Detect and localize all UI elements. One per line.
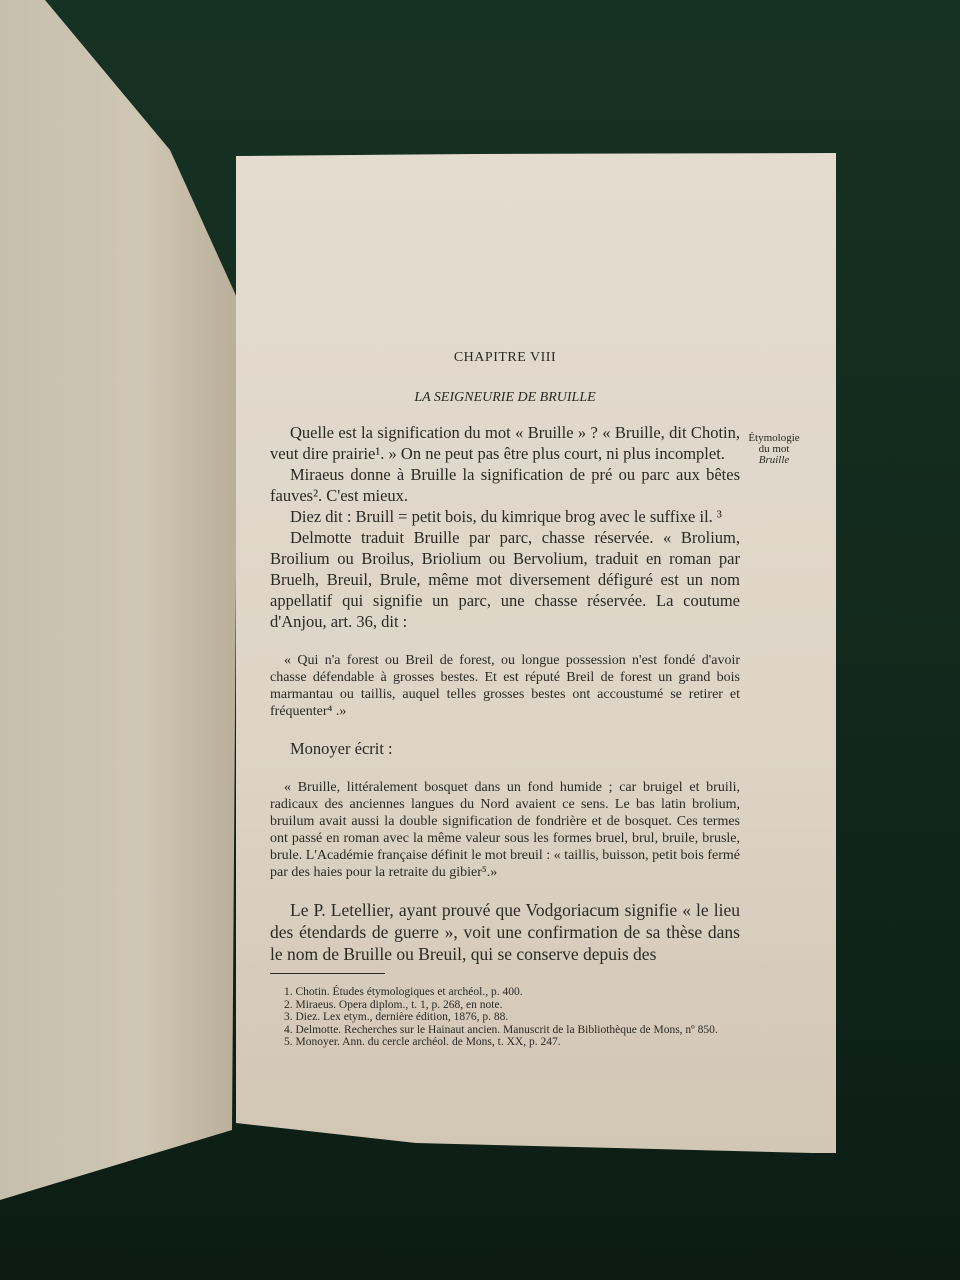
chapter-title: LA SEIGNEURIE DE BRUILLE	[270, 390, 740, 406]
footnote-4: 4. Delmotte. Recherches sur le Hainaut a…	[270, 1024, 740, 1037]
paragraph-5: Monoyer écrit :	[270, 738, 740, 759]
paragraph-4: Delmotte traduit Bruille par parc, chass…	[270, 527, 740, 632]
paragraph-2: Miraeus donne à Bruille la signification…	[270, 464, 740, 506]
margin-note-line: Bruille	[736, 455, 812, 466]
footnote-3: 3. Diez. Lex etym., dernière édition, 18…	[270, 1011, 740, 1024]
quote-anjou: « Qui n'a forest ou Breil de forest, ou …	[270, 652, 740, 720]
page-text: CHAPITRE VIII LA SEIGNEURIE DE BRUILLE Q…	[270, 350, 740, 1049]
footnote-2: 2. Miraeus. Opera diplom., t. 1, p. 268,…	[270, 999, 740, 1012]
paragraph-1: Quelle est la signification du mot « Bru…	[270, 422, 740, 464]
paragraph-6: Le P. Letellier, ayant prouvé que Vodgor…	[270, 899, 740, 965]
paragraph-3: Diez dit : Bruill = petit bois, du kimri…	[270, 506, 740, 527]
footnote-1: 1. Chotin. Études étymologiques et arché…	[270, 986, 740, 999]
quote-monoyer: « Bruille, littéralement bosquet dans un…	[270, 779, 740, 881]
footnote-5: 5. Monoyer. Ann. du cercle archéol. de M…	[270, 1036, 740, 1049]
margin-note: Étymologie du mot Bruille	[736, 433, 812, 466]
footnote-rule	[270, 973, 385, 974]
chapter-heading: CHAPITRE VIII	[270, 350, 740, 366]
left-page	[0, 0, 240, 1280]
